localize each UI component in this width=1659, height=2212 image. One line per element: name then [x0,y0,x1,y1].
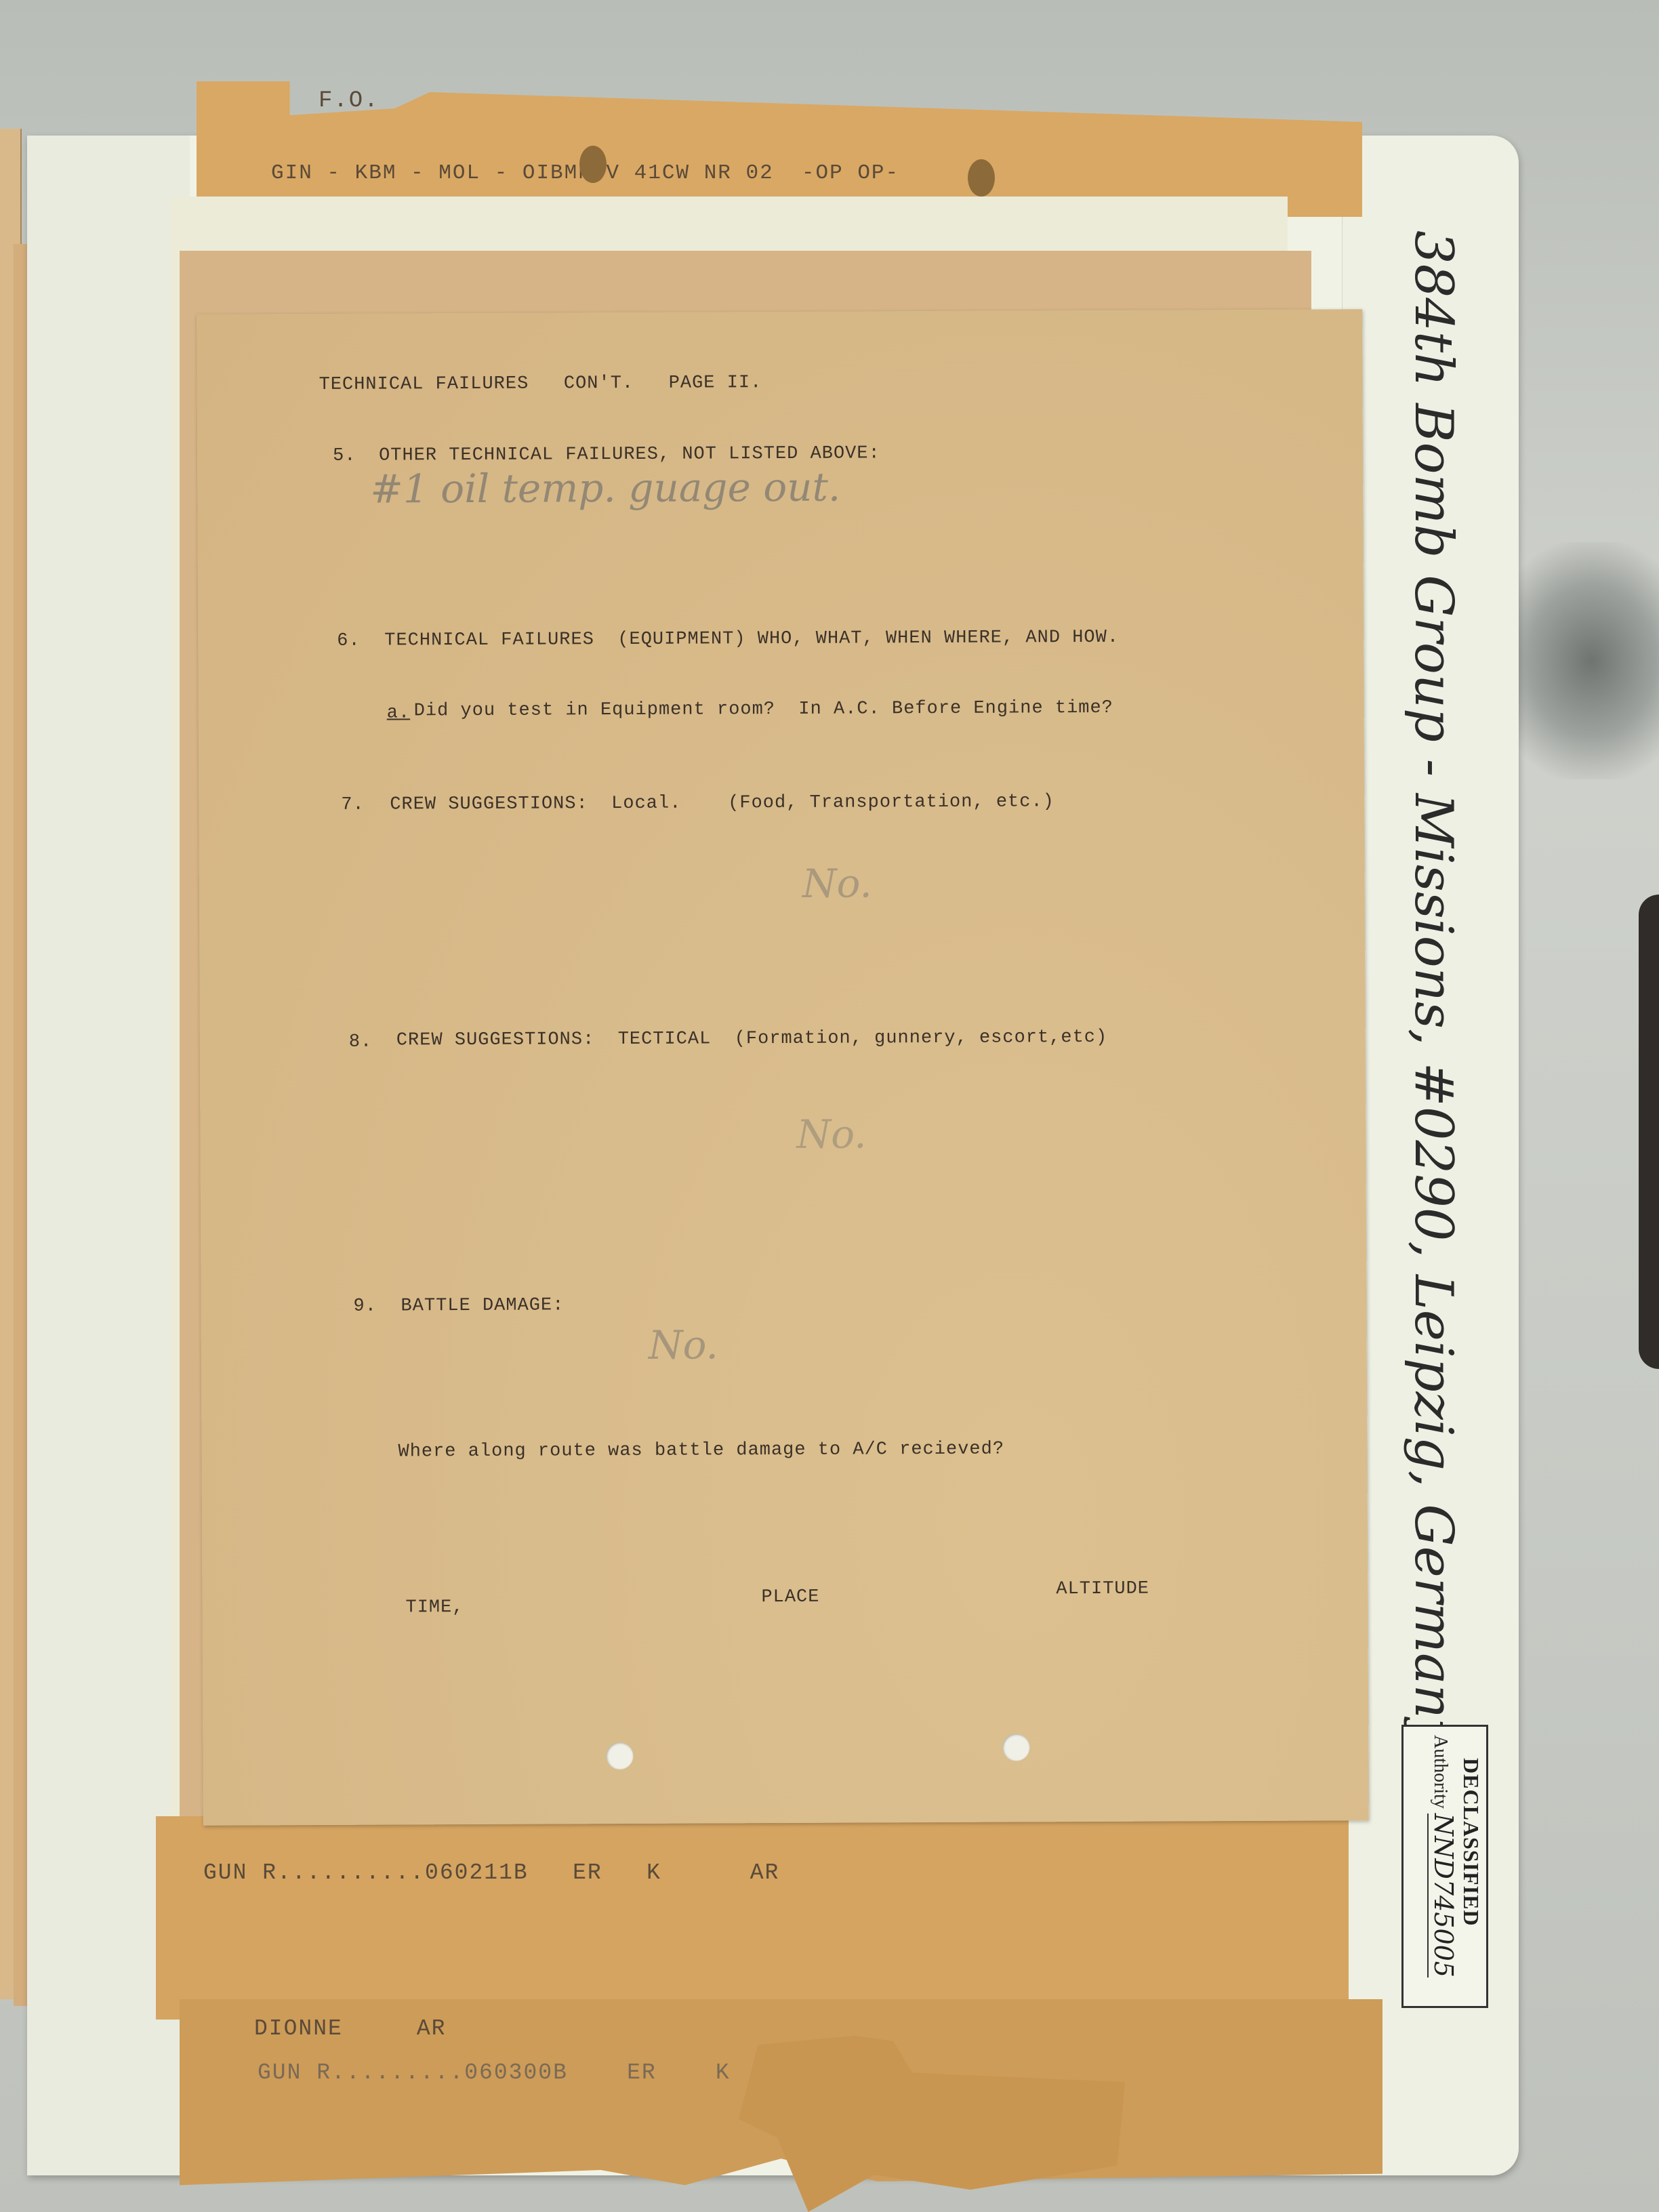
technical-failures-form-page: TECHNICAL FAILURES CON'T. PAGE II. 5. OT… [197,309,1369,1825]
stamp-authority-label: Authority [1430,1735,1451,1809]
teletype-header-fragment: F.O. [319,88,380,114]
teletype-line-1: GUN R..........060211B ER K AR [203,1860,779,1885]
punch-hole [579,146,607,183]
column-time: TIME, [405,1597,464,1618]
item-7-label: CREW SUGGESTIONS: Local. (Food, Transpor… [390,792,1054,815]
stamp-authority: Authority NND745005 [1429,1731,1458,2002]
item-9-handwritten-answer: No. [649,1322,718,1368]
folder-handwritten-label: 384th Bomb Group - Missions, #0290, Leip… [1389,230,1464,1518]
declassified-stamp: DECLASSIFIED Authority NND745005 [1401,1725,1488,2008]
item-7-handwritten-answer: No. [802,860,872,906]
item-9-label: BATTLE DAMAGE: [401,1295,564,1316]
item-8-label: CREW SUGGESTIONS: TECTICAL (Formation, g… [396,1027,1107,1051]
column-altitude: ALTITUDE [1056,1579,1149,1600]
teletype-strip-bottom [156,1816,1349,2020]
punch-hole [968,159,995,197]
item-6-number: 6. [337,631,361,651]
item-5-handwritten-answer: #1 oil temp. guage out. [370,464,840,512]
stamp-authority-value: NND745005 [1427,1814,1458,1978]
item-5-label: OTHER TECHNICAL FAILURES, NOT LISTED ABO… [379,443,880,466]
item-6-label: TECHNICAL FAILURES (EQUIPMENT) WHO, WHAT… [384,628,1119,651]
item-9-number: 9. [353,1296,377,1317]
stamp-title: DECLASSIFIED [1458,1731,1483,2002]
battle-damage-question: Where along route was battle damage to A… [398,1439,1004,1462]
column-place: PLACE [761,1587,819,1607]
punch-hole [606,1742,633,1769]
item-7-number: 7. [341,795,365,815]
item-5-number: 5. [333,446,356,466]
teletype-line-3: GUN R.........060300B ER K AR [258,2060,819,2085]
item-8-number: 8. [349,1032,373,1052]
item-8-handwritten-answer: No. [796,1111,866,1157]
page-header: TECHNICAL FAILURES CON'T. PAGE II. [319,373,762,395]
item-6a-label: Did you test in Equipment room? In A.C. … [414,698,1113,722]
teletype-line-2: DIONNE AR [254,2016,446,2041]
item-6a-number: a. [387,703,411,723]
device-edge [1639,895,1659,1369]
punch-hole [1002,1734,1029,1761]
